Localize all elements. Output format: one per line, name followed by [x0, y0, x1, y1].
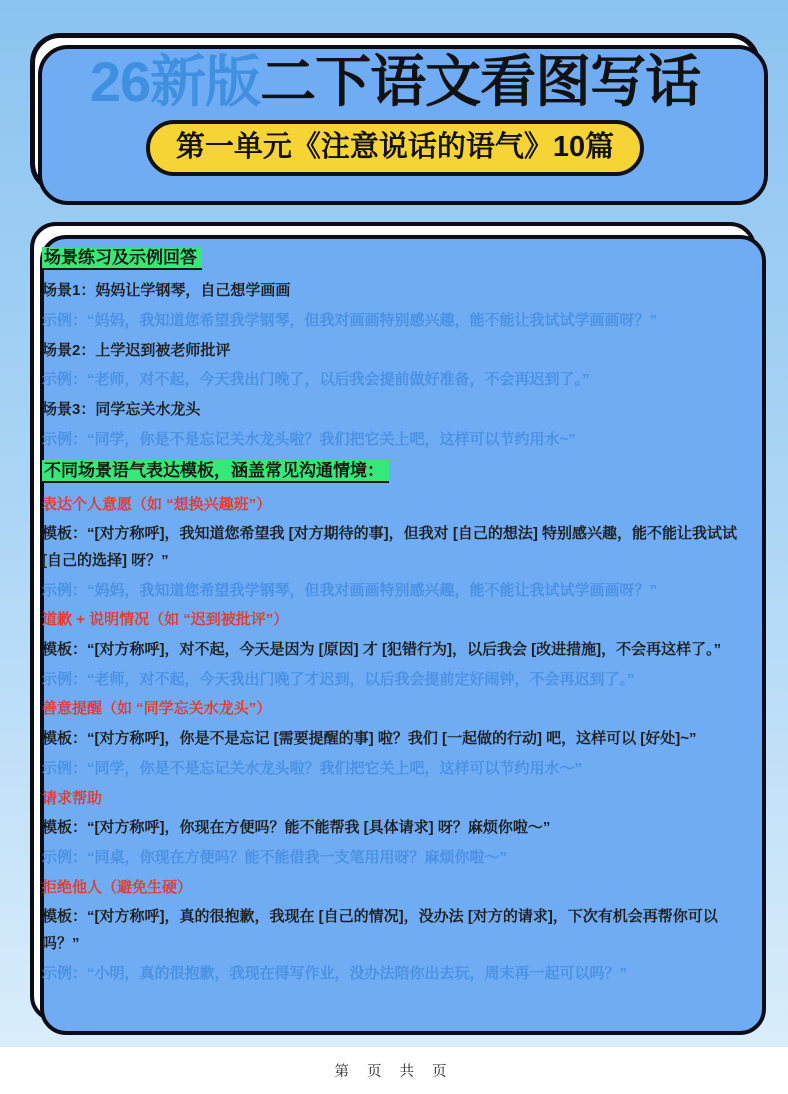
example-line: 示例：“妈妈，我知道您希望我学钢琴，但我对画画特别感兴趣，能不能让我试试学画画呀…: [42, 578, 744, 605]
example-line: 示例：“老师，对不起，今天我出门晚了，以后我会提前做好准备，不会再迟到了。”: [42, 367, 744, 394]
example-line: 示例：“同桌，你现在方便吗？能不能借我一支笔用用呀？麻烦你啦～”: [42, 845, 744, 872]
scene-line: 场景2：上学迟到被老师批评: [42, 338, 744, 365]
title-accent: 26新版: [90, 50, 260, 113]
template-line: 模板：“[对方称呼]，你是不是忘记 [需要提醒的事] 啦？我们 [一起做的行动]…: [42, 726, 744, 753]
page-footer: 第 页 共 页: [0, 1047, 788, 1094]
example-line: 示例：“妈妈，我知道您希望我学钢琴，但我对画画特别感兴趣，能不能让我试试学画画呀…: [42, 308, 744, 335]
unit-pill: 第一单元《注意说话的语气》10篇: [146, 120, 644, 176]
template-line: 模板：“[对方称呼]，真的很抱歉，我现在 [自己的情况]，没办法 [对方的请求]…: [42, 904, 744, 957]
example-line: 示例：“同学，你是不是忘记关水龙头啦？我们把它关上吧，这样可以节约用水~”: [42, 427, 744, 454]
example-line: 示例：“老师，对不起，今天我出门晚了才迟到，以后我会提前定好闹钟，不会再迟到了。…: [42, 667, 744, 694]
section-heading: 不同场景语气表达模板，涵盖常见沟通情境：: [42, 456, 744, 486]
scene-line: 场景1：妈妈让学钢琴，自己想学画画: [42, 278, 744, 305]
category-line: 请求帮助: [42, 786, 744, 813]
category-line: 道歉 + 说明情况（如 “迟到被批评”）: [42, 607, 744, 634]
category-line: 善意提醒（如 “同学忘关水龙头”）: [42, 696, 744, 723]
template-line: 模板：“[对方称呼]，你现在方便吗？能不能帮我 [具体请求] 呀？麻烦你啦～”: [42, 815, 744, 842]
header-card: 26新版二下语文看图写话 第一单元《注意说话的语气》10篇: [30, 33, 760, 193]
title-main: 二下语文看图写话: [260, 50, 700, 113]
category-line: 表达个人意愿（如 “想换兴趣班”）: [42, 492, 744, 519]
content-card: 场景练习及示例回答场景1：妈妈让学钢琴，自己想学画画示例：“妈妈，我知道您希望我…: [30, 222, 756, 1022]
template-line: 模板：“[对方称呼]，对不起，今天是因为 [原因] 才 [犯错行为]，以后我会 …: [42, 637, 744, 664]
example-line: 示例：“小明，真的很抱歉，我现在得写作业，没办法陪你出去玩，周末再一起可以吗？”: [42, 961, 744, 988]
scene-line: 场景3：同学忘关水龙头: [42, 397, 744, 424]
section-heading: 场景练习及示例回答: [42, 243, 744, 273]
template-line: 模板：“[对方称呼]，我知道您希望我 [对方期待的事]，但我对 [自己的想法] …: [42, 521, 744, 574]
green-highlight: 场景练习及示例回答: [42, 247, 202, 270]
category-line: 拒绝他人（避免生硬）: [42, 875, 744, 902]
green-highlight: 不同场景语气表达模板，涵盖常见沟通情境：: [42, 460, 389, 483]
content-lines: 场景练习及示例回答场景1：妈妈让学钢琴，自己想学画画示例：“妈妈，我知道您希望我…: [42, 243, 744, 987]
page-title: 26新版二下语文看图写话: [35, 48, 755, 116]
example-line: 示例：“同学，你是不是忘记关水龙头啦？我们把它关上吧，这样可以节约用水～”: [42, 756, 744, 783]
